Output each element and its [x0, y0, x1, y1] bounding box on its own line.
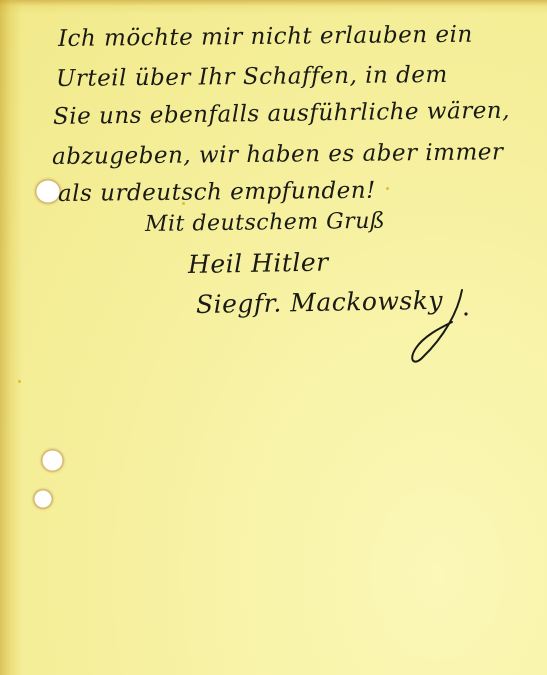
signature-flourish-icon [400, 286, 470, 366]
closing-salute: Heil Hitler [188, 248, 329, 279]
letter-body-line: Urteil über Ihr Schaffen, in dem [56, 62, 448, 92]
closing-greeting: Mit deutschem Gruß [145, 209, 385, 237]
letter-body-line: Ich möchte mir nicht erlauben ein [58, 22, 473, 52]
handwritten-text: Ich möchte mir nicht erlauben ein Urteil… [0, 0, 547, 675]
letter-body-line: abzugeben, wir haben es aber immer [52, 139, 504, 170]
letter-page: Ich möchte mir nicht erlauben ein Urteil… [0, 0, 547, 675]
letter-body-line: als urdeutsch empfunden! [58, 178, 376, 207]
letter-body-line: Sie uns ebenfalls ausführliche wären, [53, 98, 510, 130]
